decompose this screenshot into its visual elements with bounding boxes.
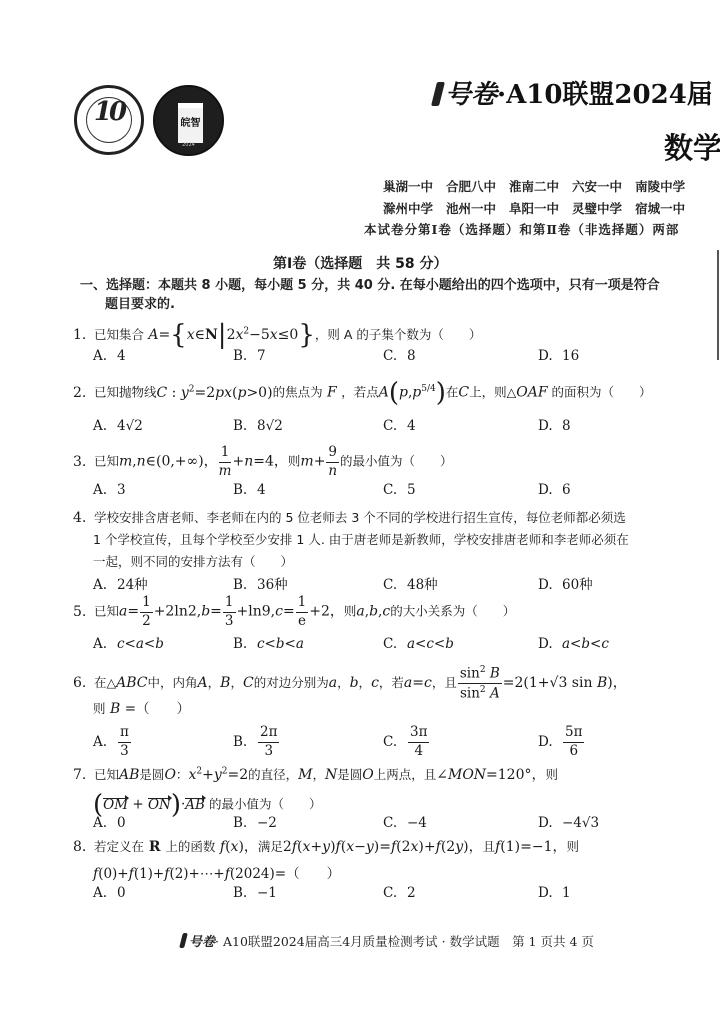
exam-title: 号卷·A10联盟2024届	[434, 74, 713, 111]
question-5: 5.已知a=12+2ln2,b=13+ln9,c=1e+2，则a,b,c的大小关…	[73, 596, 515, 628]
exam-title-text: A10联盟2024届	[506, 80, 713, 110]
option-d: D.5π6	[538, 726, 585, 758]
school-name: 南陵中学	[635, 179, 685, 194]
option-c: C.2	[383, 885, 416, 901]
option-a: A.0	[93, 885, 126, 901]
option-b: B.4	[233, 482, 266, 498]
option-c: C.a<c<b	[383, 636, 454, 652]
school-name: 宿城一中	[635, 201, 685, 216]
gate-icon: 皖智	[178, 103, 203, 143]
option-d: D.1	[538, 885, 571, 901]
question-8-options: A.0 B.−1 C.2 D.1	[93, 885, 713, 907]
option-b: B.36种	[233, 573, 288, 593]
question-7-options: A.0 B.−2 C.−4 D.−4√3	[93, 815, 713, 837]
question-stem-suffix: ，则 A 的子集个数为（ ）	[315, 327, 482, 342]
option-d: D.60种	[538, 573, 593, 593]
brand-mark: 号卷	[445, 80, 497, 110]
option-a: A.4	[93, 348, 126, 364]
option-a: A.3	[93, 482, 126, 498]
school-name: 灵璧中学	[572, 201, 622, 216]
question-5-options: A.c<a<b B.c<b<a C.a<c<b D.a<b<c	[93, 636, 713, 658]
school-name: 阜阳一中	[509, 201, 559, 216]
option-c: C.4	[383, 418, 416, 434]
question-2-options: A.4√2 B.8√2 C.4 D.8	[93, 418, 713, 440]
option-c: C.3π4	[383, 726, 430, 758]
option-d: D.16	[538, 348, 579, 364]
logo-glyph: 10	[77, 97, 141, 127]
brush-icon	[431, 82, 445, 106]
question-4-line-3: 一起，则不同的安排方法有（ ）	[93, 552, 293, 570]
option-b: B.−1	[233, 885, 277, 901]
question-7: 7.已知AB是圆O：x2+y2=2的直径，M，N是圆O上两点，且∠MON=120…	[73, 764, 558, 784]
school-name: 滁州中学	[383, 201, 433, 216]
title-separator: ·	[497, 80, 506, 110]
schools-row-2: 滁州中学池州一中阜阳一中灵璧中学宿城一中	[383, 199, 698, 217]
logo-center-text: 皖智	[178, 118, 203, 129]
instructions-line-2: 题目要求的.	[80, 295, 705, 314]
question-number: 1.	[73, 327, 94, 343]
question-number: 7.	[73, 767, 94, 783]
brush-icon	[179, 933, 188, 948]
option-a: A.24种	[93, 573, 148, 593]
option-d: D.6	[538, 482, 571, 498]
question-number: 5.	[73, 604, 94, 620]
question-2: 2.已知抛物线C : y2=2px(p>0)的焦点为 F ，若点A(p,p5/4…	[73, 378, 652, 408]
option-b: B.8√2	[233, 418, 283, 434]
option-d: D.8	[538, 418, 571, 434]
question-1-options: A.4 B.7 C.8 D.16	[93, 348, 713, 370]
section-instructions: 一、选择题：本题共 8 小题，每小题 5 分，共 40 分. 在每小题给出的四个…	[80, 276, 705, 314]
footer-text: · A10联盟2024届高三4月质量检测考试 · 数学试题 第 1 页共 4 页	[215, 934, 594, 949]
question-4-line-2: 1 个学校宣传，且每个学校至少安排 1 人. 由于唐老师是新教师，学校安排唐老师…	[93, 530, 629, 548]
logo-year: 2024	[155, 142, 222, 148]
option-d: D.a<b<c	[538, 636, 609, 652]
option-a: A.0	[93, 815, 126, 831]
option-b: B.c<b<a	[233, 636, 304, 652]
option-c: C.−4	[383, 815, 427, 831]
option-a: A.π3	[93, 726, 132, 758]
exam-intro: 本试卷分第Ⅰ卷（选择题）和第Ⅱ卷（非选择题）两部	[364, 220, 679, 238]
option-b: B.7	[233, 348, 266, 364]
option-a: A.4√2	[93, 418, 143, 434]
question-stem-prefix: 已知集合	[94, 327, 144, 342]
question-number: 4.	[73, 510, 94, 526]
option-c: C.5	[383, 482, 416, 498]
option-a: A.c<a<b	[93, 636, 164, 652]
option-b: B.2π3	[233, 726, 280, 758]
question-6-options: A.π3 B.2π3 C.3π4 D.5π6	[93, 726, 713, 748]
schools-row-1: 巢湖一中合肥八中淮南二中六安一中南陵中学	[383, 177, 698, 195]
page-footer: 号卷· A10联盟2024届高三4月质量检测考试 · 数学试题 第 1 页共 4…	[181, 931, 594, 950]
anhui-10-schools-logo: 10	[74, 85, 144, 155]
school-name: 六安一中	[572, 179, 622, 194]
question-stem-text: 的焦点为	[273, 385, 323, 400]
question-1: 1.已知集合 A={x∈N|2x2−5x≤0}，则 A 的子集个数为（ ）	[73, 320, 481, 350]
option-d: D.−4√3	[538, 815, 599, 831]
question-stem-line-1: 学校安排含唐老师、李老师在内的 5 位老师去 3 个不同的学校进行招生宣传，每位…	[94, 510, 626, 525]
question-math: A={x∈N|2x2−5x≤0}	[148, 327, 315, 343]
school-name: 池州一中	[446, 201, 496, 216]
question-stem-prefix: 已知抛物线	[94, 385, 157, 400]
question-6: 6.在△ABC中，内角A，B，C的对边分别为a，b，c，若a=c，且sin2 B…	[73, 666, 627, 701]
question-math: C : y2=2px(p>0)	[157, 385, 273, 401]
question-4-options: A.24种 B.36种 C.48种 D.60种	[93, 573, 713, 595]
subject-title: 数学	[664, 126, 720, 167]
margin-rule	[717, 250, 719, 360]
instructions-line-1: 一、选择题：本题共 8 小题，每小题 5 分，共 40 分. 在每小题给出的四个…	[80, 278, 660, 293]
question-number: 6.	[73, 675, 94, 691]
question-6-line-2: 则 B =（ ）	[93, 697, 190, 717]
school-name: 淮南二中	[509, 179, 559, 194]
question-number: 3.	[73, 454, 94, 470]
footer-brand-mark: 号卷	[189, 935, 215, 950]
wanzhi-education-logo: 皖智 2024	[153, 85, 224, 156]
question-8-line-2: f(0)+f(1)+f(2)+⋯+f(2024)=（ ）	[93, 862, 340, 882]
question-number: 2.	[73, 385, 94, 401]
question-3-options: A.3 B.4 C.5 D.6	[93, 482, 713, 504]
question-3: 3.已知m,n∈(0,+∞)，1m+n=4，则m+9n的最小值为（ ）	[73, 446, 453, 478]
option-c: C.48种	[383, 573, 438, 593]
school-name: 合肥八中	[446, 179, 496, 194]
option-b: B.−2	[233, 815, 277, 831]
section-title: 第Ⅰ卷（选择题 共 58 分）	[273, 253, 447, 273]
question-4: 4.学校安排含唐老师、李老师在内的 5 位老师去 3 个不同的学校进行招生宣传，…	[73, 508, 626, 526]
question-8: 8.若定义在 R 上的函数 f(x)，满足2f(x+y)f(x−y)=f(2x)…	[73, 836, 579, 856]
option-c: C.8	[383, 348, 416, 364]
question-number: 8.	[73, 839, 94, 855]
school-name: 巢湖一中	[383, 179, 433, 194]
